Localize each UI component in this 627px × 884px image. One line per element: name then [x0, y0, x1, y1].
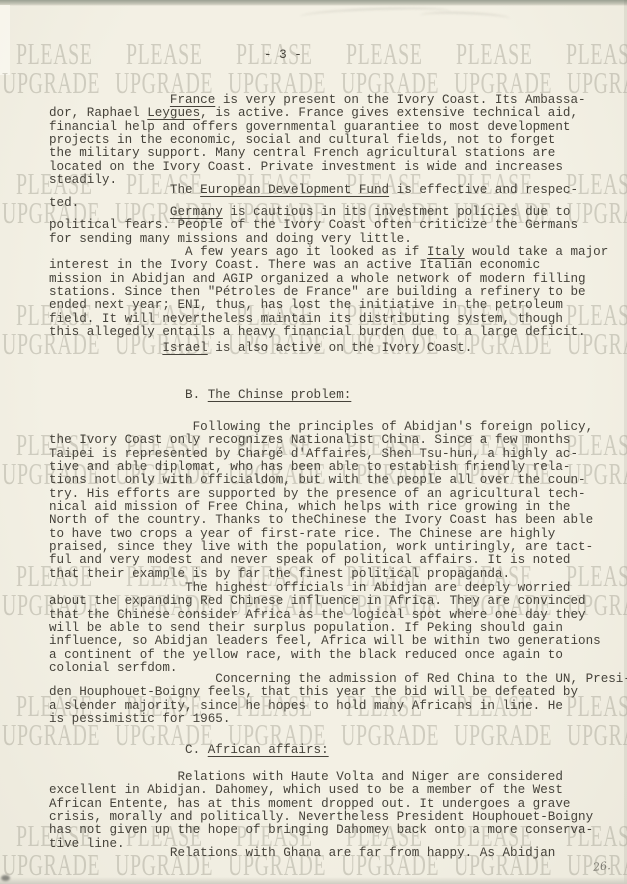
text-segment: has not given up the hope of bringing Da…: [49, 823, 593, 837]
paragraph-china-3: Concerning the admission of Red China to…: [49, 673, 627, 726]
text-segment: ful and very modest and never speak of p…: [49, 553, 570, 567]
text-segment: located on the Ivory Coast. Private inve…: [49, 160, 563, 174]
text-segment: financial help and offers governmental g…: [49, 120, 570, 134]
underlined-text: European Development Fund: [200, 183, 389, 197]
text-segment: is pessimistic for 1965.: [49, 712, 230, 726]
text-line: ful and very modest and never speak of p…: [49, 554, 593, 567]
text-segment: mission in Abidjan and AGIP organized a …: [49, 272, 586, 286]
text-segment: excellent in Abidjan. Dahomey, which use…: [49, 783, 563, 797]
paragraph-france: France is very present on the Ivory Coas…: [49, 94, 586, 187]
text-segment: a continent of the yellow race, with the…: [49, 648, 563, 662]
document-page: PLEASEPLEASEPLEASEPLEASEPLEASEPLEASEUPGR…: [0, 0, 627, 884]
text-segment: [49, 388, 185, 402]
paragraph-italy: A few years ago it looked as if Italy wo…: [49, 246, 608, 339]
handwritten-note: 26.: [592, 859, 611, 874]
text-segment: The: [170, 183, 200, 197]
text-line: ended next year; ENI, thus, has lost the…: [49, 299, 608, 312]
paragraph-china-2: The highest officials in Abidjan are dee…: [49, 582, 601, 675]
text-line: crisis, morally and politically. Neverth…: [49, 811, 593, 824]
text-line: Concerning the admission of Red China to…: [49, 673, 627, 686]
text-segment: [49, 743, 185, 757]
text-segment: A few years ago it looked as if: [185, 245, 427, 259]
text-segment: about the expanding Red Chinese influenc…: [49, 594, 586, 608]
text-line: field. It will nevertheless maintain its…: [49, 313, 608, 326]
paragraph-germany: Germany is cautious in its investment po…: [49, 206, 578, 246]
text-segment: [49, 183, 170, 197]
text-line: political fears. People of the Ivory Coa…: [49, 219, 578, 232]
text-segment: Concerning the admission of Red China to…: [215, 672, 627, 686]
paragraph-africa-1: Relations with Haute Volta and Niger are…: [49, 771, 593, 851]
text-line: praised, since they live with the popula…: [49, 541, 593, 554]
text-segment: Relations with Ghana are far from happy.…: [170, 846, 555, 860]
text-segment: a slender majority, since he hopes to ho…: [49, 699, 563, 713]
text-line: located on the Ivory Coast. Private inve…: [49, 161, 586, 174]
text-segment: field. It will nevertheless maintain its…: [49, 312, 563, 326]
text-line: about the expanding Red Chinese influenc…: [49, 595, 601, 608]
text-segment: dor, Raphael: [49, 106, 147, 120]
text-line: that the Chinese consider Africa as the …: [49, 609, 601, 622]
text-line: interest in the Ivory Coast. There was a…: [49, 259, 608, 272]
text-segment: North of the country. Thanks to theChine…: [49, 513, 593, 527]
text-segment: [49, 846, 170, 860]
text-line: The European Development Fund is effecti…: [49, 184, 578, 197]
text-segment: C.: [185, 743, 208, 757]
text-segment: [49, 341, 162, 355]
text-line: will be able to send their surplus popul…: [49, 622, 601, 635]
text-segment: [49, 245, 185, 259]
typed-text-layer: France is very present on the Ivory Coas…: [0, 0, 627, 884]
underlined-text: Italy: [427, 245, 465, 259]
text-segment: ended next year; ENI, thus, has lost the…: [49, 298, 563, 312]
text-line: Israel is also active on the Ivory Coast…: [49, 342, 472, 355]
text-line: a slender majority, since he hopes to ho…: [49, 700, 627, 713]
text-line: A few years ago it looked as if Italy wo…: [49, 246, 608, 259]
text-segment: tions not only with officialdom, but wit…: [49, 473, 586, 487]
text-line: den Houphouet-Boigny feels, that this ye…: [49, 686, 627, 699]
text-segment: would take a major: [465, 245, 609, 259]
text-segment: , is active. France gives extensive tech…: [200, 106, 578, 120]
paragraph-china-1: Following the principles of Abidjan's fo…: [49, 421, 593, 581]
text-segment: try. His efforts are supported by the pr…: [49, 487, 586, 501]
text-line: tions not only with officialdom, but wit…: [49, 474, 593, 487]
text-line: the Ivory Coast only recognizes National…: [49, 434, 593, 447]
text-line: Following the principles of Abidjan's fo…: [49, 421, 593, 434]
text-line: stations. Since then "Pétroles de France…: [49, 286, 608, 299]
heading-chinese-problem: B. The Chinse problem:: [49, 389, 351, 402]
text-segment: the Ivory Coast only recognizes National…: [49, 433, 570, 447]
text-line: Taipei is represented by Chargé d'Affair…: [49, 448, 593, 461]
text-segment: the military support. Many central Frenc…: [49, 146, 555, 160]
text-segment: nical aid mission of Free China, which h…: [49, 500, 570, 514]
text-line: C. African affairs:: [49, 744, 329, 757]
underlined-text: African affairs:: [208, 743, 329, 757]
text-segment: praised, since they live with the popula…: [49, 540, 593, 554]
text-segment: [49, 770, 177, 784]
text-segment: projects in the economic, social and cul…: [49, 133, 555, 147]
text-line: B. The Chinse problem:: [49, 389, 351, 402]
text-line: that their example is by far the finest …: [49, 568, 593, 581]
paragraph-israel: Israel is also active on the Ivory Coast…: [49, 342, 472, 355]
text-line: a continent of the yellow race, with the…: [49, 649, 601, 662]
text-segment: [49, 581, 185, 595]
text-segment: The highest officials in Abidjan are dee…: [185, 581, 570, 595]
text-line: The highest officials in Abidjan are dee…: [49, 582, 601, 595]
text-segment: that the Chinese consider Africa as the …: [49, 608, 586, 622]
paragraph-ghana: Relations with Ghana are far from happy.…: [49, 847, 555, 860]
text-segment: stations. Since then "Pétroles de France…: [49, 285, 586, 299]
text-segment: is very present on the Ivory Coast. Its …: [215, 93, 585, 107]
text-segment: influence, so Abidjan leaders feel, Afri…: [49, 634, 601, 648]
text-line: try. His efforts are supported by the pr…: [49, 488, 593, 501]
text-line: the military support. Many central Frenc…: [49, 147, 586, 160]
text-line: is pessimistic for 1965.: [49, 713, 627, 726]
text-segment: will be able to send their surplus popul…: [49, 621, 563, 635]
heading-african-affairs: C. African affairs:: [49, 744, 329, 757]
underlined-text: The Chinse problem:: [208, 388, 352, 402]
text-line: projects in the economic, social and cul…: [49, 134, 586, 147]
text-line: to have two crops a year of first-rate r…: [49, 528, 593, 541]
text-segment: [49, 420, 193, 434]
text-segment: this allegedly entails a heavy financial…: [49, 325, 586, 339]
underlined-text: Israel: [162, 341, 207, 355]
underlined-text: Germany: [170, 205, 223, 219]
text-line: Relations with Ghana are far from happy.…: [49, 847, 555, 860]
text-line: dor, Raphael Leygues, is active. France …: [49, 107, 586, 120]
text-segment: [49, 672, 215, 686]
text-segment: tive and able diplomat, who has been abl…: [49, 460, 570, 474]
text-segment: Following the principles of Abidjan's fo…: [193, 420, 594, 434]
text-segment: for sending many missions and doing very…: [49, 232, 412, 246]
text-segment: that their example is by far the finest …: [49, 567, 510, 581]
text-line: France is very present on the Ivory Coas…: [49, 94, 586, 107]
text-segment: is cautious in its investment policies d…: [223, 205, 571, 219]
text-line: tive and able diplomat, who has been abl…: [49, 461, 593, 474]
text-segment: den Houphouet-Boigny feels, that this ye…: [49, 685, 578, 699]
underlined-text: France: [170, 93, 215, 107]
text-segment: crisis, morally and politically. Neverth…: [49, 810, 593, 824]
text-segment: African Entente, has at this moment drop…: [49, 797, 570, 811]
text-line: financial help and offers governmental g…: [49, 121, 586, 134]
text-line: nical aid mission of Free China, which h…: [49, 501, 593, 514]
text-line: this allegedly entails a heavy financial…: [49, 326, 608, 339]
underlined-text: Leygues: [147, 106, 200, 120]
text-line: influence, so Abidjan leaders feel, Afri…: [49, 635, 601, 648]
text-line: North of the country. Thanks to theChine…: [49, 514, 593, 527]
text-segment: to have two crops a year of first-rate r…: [49, 527, 555, 541]
text-line: African Entente, has at this moment drop…: [49, 798, 593, 811]
text-segment: political fears. People of the Ivory Coa…: [49, 218, 578, 232]
text-segment: [49, 93, 170, 107]
text-segment: is also active on the Ivory Coast.: [208, 341, 473, 355]
text-segment: Relations with Haute Volta and Niger are…: [177, 770, 562, 784]
text-segment: B.: [185, 388, 208, 402]
text-segment: Taipei is represented by Chargé d'Affair…: [49, 447, 578, 461]
text-segment: is effective and respec-: [389, 183, 578, 197]
text-line: mission in Abidjan and AGIP organized a …: [49, 273, 608, 286]
text-line: Relations with Haute Volta and Niger are…: [49, 771, 593, 784]
text-line: excellent in Abidjan. Dahomey, which use…: [49, 784, 593, 797]
text-line: has not given up the hope of bringing Da…: [49, 824, 593, 837]
text-segment: [49, 205, 170, 219]
text-line: Germany is cautious in its investment po…: [49, 206, 578, 219]
text-segment: interest in the Ivory Coast. There was a…: [49, 258, 540, 272]
